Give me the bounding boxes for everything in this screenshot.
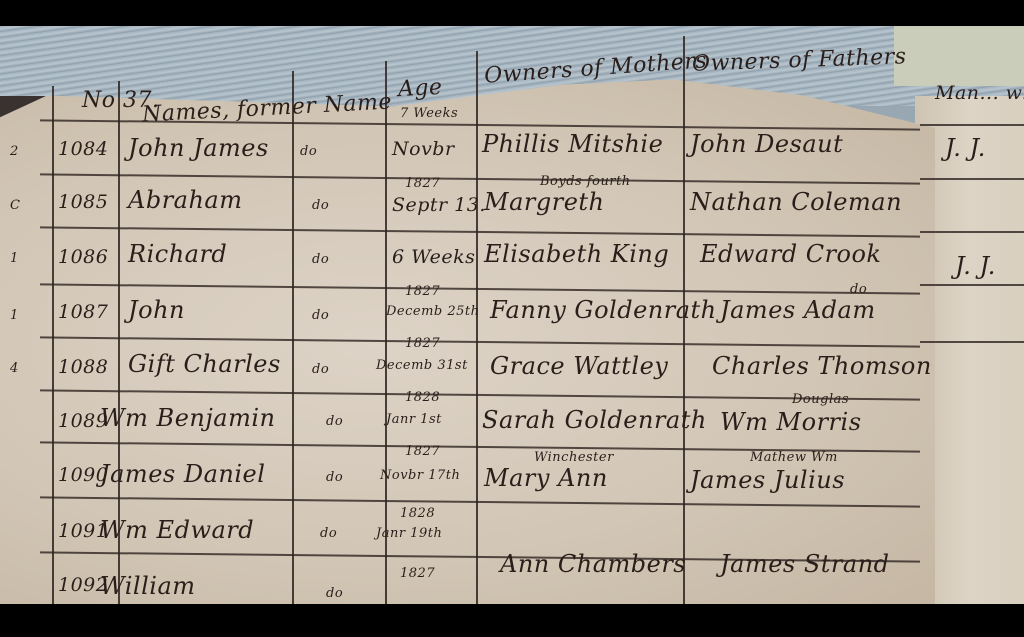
- margin-mark: 1: [10, 308, 19, 323]
- entry-father-owner: James Adam: [720, 296, 876, 324]
- entry-number: 1085: [58, 191, 108, 213]
- entry-ditto: do: [312, 308, 329, 323]
- rule: [920, 178, 1024, 180]
- entry-father-owner: James Julius: [690, 466, 845, 494]
- entry-number: 1086: [58, 246, 108, 268]
- entry-right-mark: J. J.: [955, 252, 996, 280]
- entry-father-owner: John Desaut: [690, 130, 843, 158]
- entry-name: Richard: [128, 240, 227, 268]
- entry-age-year: 1827: [405, 336, 440, 351]
- entry-number: 1084: [58, 138, 108, 160]
- entry-age: 6 Weeks: [392, 246, 475, 268]
- entry-age-year: 1827: [405, 176, 440, 191]
- entry-right-mark: J. J.: [945, 134, 986, 162]
- entry-ditto: do: [312, 198, 329, 213]
- entry-father-owner: Charles Thomson: [712, 352, 932, 380]
- age-header-note: 7 Weeks: [400, 106, 458, 121]
- entry-father-owner: Nathan Coleman: [690, 188, 902, 216]
- entry-father-note: Douglas: [792, 392, 849, 407]
- entry-father-owner: James Strand: [720, 550, 890, 578]
- entry-mother-owner: Grace Wattley: [490, 352, 668, 380]
- entry-ditto: do: [326, 414, 343, 429]
- entry-age: Novbr: [392, 138, 455, 160]
- entry-age: Janr 1st: [386, 412, 442, 427]
- entry-age: Decemb 25th: [386, 304, 480, 319]
- entry-name: William: [100, 572, 196, 600]
- entry-name: James Daniel: [100, 460, 265, 488]
- entry-name: Abraham: [128, 186, 243, 214]
- entry-ditto: do: [320, 526, 337, 541]
- entry-age-year: 1827: [405, 444, 440, 459]
- entry-ditto: do: [326, 470, 343, 485]
- margin-mark: 1: [10, 251, 19, 266]
- entry-ditto: do: [326, 586, 343, 601]
- header-age: Age: [397, 75, 443, 102]
- margin-mark: 2: [10, 144, 19, 159]
- entry-age: Septr 13.: [392, 194, 486, 216]
- entry-mother-note: Boyds fourth: [540, 174, 631, 189]
- entry-father-note: Mathew Wm: [750, 450, 838, 465]
- entry-ditto: do: [300, 144, 317, 159]
- background-surface: [894, 26, 1024, 86]
- entry-mother-owner: Margreth: [484, 188, 605, 216]
- entry-mother-owner: Elisabeth King: [484, 240, 669, 268]
- entry-mother-owner: Phillis Mitshie: [482, 130, 663, 158]
- entry-mother-owner: Ann Chambers: [500, 550, 686, 578]
- entry-age: Novbr 17th: [380, 468, 460, 483]
- entry-name: Gift Charles: [128, 350, 281, 378]
- margin-mark: C: [10, 198, 20, 213]
- entry-number: 1088: [58, 356, 108, 378]
- ledger-photo: No 37. Names, former Name Age 7 Weeks Ow…: [0, 26, 1024, 604]
- entry-name: John: [128, 296, 185, 324]
- rule: [52, 86, 54, 604]
- entry-father-note: do: [850, 282, 867, 297]
- entry-age-year: 1827: [405, 284, 440, 299]
- entry-age-year: 1827: [400, 566, 435, 581]
- rule: [476, 51, 478, 604]
- entry-number: 1087: [58, 301, 108, 323]
- entry-mother-owner: Sarah Goldenrath: [482, 406, 707, 434]
- rule: [385, 61, 387, 604]
- rule: [292, 71, 294, 604]
- entry-age: Janr 19th: [376, 526, 442, 541]
- rule: [920, 341, 1024, 343]
- rule: [920, 284, 1024, 286]
- entry-ditto: do: [312, 252, 329, 267]
- entry-age-year: 1828: [405, 390, 440, 405]
- entry-ditto: do: [312, 362, 329, 377]
- entry-father-owner: Edward Crook: [700, 240, 881, 268]
- entry-father-owner: Wm Morris: [720, 408, 862, 436]
- entry-mother-note: Winchester: [534, 450, 614, 465]
- rule: [920, 124, 1024, 126]
- margin-mark: 4: [10, 361, 19, 376]
- entry-name: John James: [128, 134, 269, 162]
- header-right-page: Man... who ...: [935, 82, 1024, 104]
- rule: [920, 231, 1024, 233]
- entry-age: Decemb 31st: [376, 358, 468, 373]
- entry-age-year: 1828: [400, 506, 435, 521]
- entry-mother-owner: Fanny Goldenrath: [490, 296, 717, 324]
- entry-name: Wm Edward: [100, 516, 254, 544]
- entry-mother-owner: Mary Ann: [484, 464, 608, 492]
- entry-name: Wm Benjamin: [100, 404, 276, 432]
